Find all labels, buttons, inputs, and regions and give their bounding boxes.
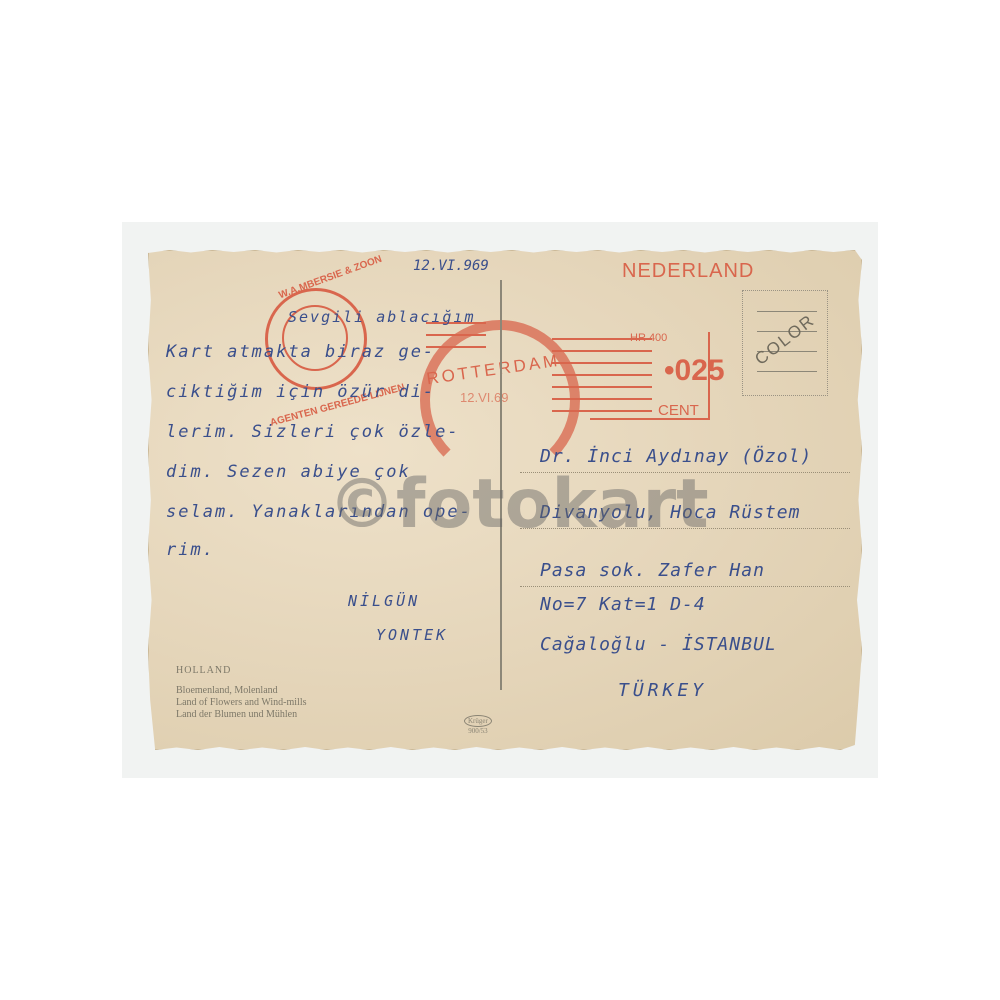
meter-stamp: NEDERLAND HR 400 •025 CENT (570, 272, 730, 420)
cancel-line (426, 334, 486, 336)
publisher-code: 900/53 (464, 727, 492, 735)
caption-line: Bloemenland, Molenland (176, 685, 278, 697)
message-line: Kart atmakta biraz ge- (166, 342, 435, 362)
caption-line: Land of Flowers and Wind-mills (176, 697, 307, 709)
message-line: rim. (166, 540, 215, 560)
company-seal (265, 288, 367, 390)
message-greeting: Sevgili ablacığım (288, 308, 476, 326)
signature-first: NİLGÜN (348, 592, 420, 610)
meter-line (552, 374, 652, 376)
meter-line (552, 410, 652, 412)
address-country: TÜRKEY (618, 680, 707, 701)
signature-last: YONTEK (376, 626, 448, 644)
publisher-logo: Krüger (464, 715, 492, 727)
message-line: ciktiğim için özür di- (166, 382, 435, 402)
publisher-mark: Krüger 900/53 (464, 715, 492, 735)
meter-country: NEDERLAND (622, 260, 754, 283)
meter-line (552, 350, 652, 352)
meter-line (552, 398, 652, 400)
meter-line (552, 362, 652, 364)
meter-line (552, 386, 652, 388)
address-line: Pasa sok. Zafer Han (540, 560, 765, 581)
message-line: lerim. Sizleri çok özle- (166, 422, 460, 442)
watermark: ©fotokart (328, 465, 709, 544)
stamp-line (757, 371, 817, 372)
postcard: 12.VI.969 W.A.MBERSIE & ZOON AGENTEN GER… (148, 250, 862, 750)
address-rule (520, 586, 850, 587)
caption-title: HOLLAND (176, 665, 231, 677)
address-line: Dr. İnci Aydınay (Özol) (540, 446, 812, 467)
meter-machine: HR 400 (630, 332, 667, 344)
address-line: No=7 Kat=1 D-4 (540, 594, 706, 615)
caption-line: Land der Blumen und Mühlen (176, 709, 297, 721)
address-line: Cağaloğlu - İSTANBUL (540, 634, 777, 655)
handwritten-date: 12.VI.969 (413, 258, 489, 274)
meter-unit: CENT (658, 402, 699, 419)
meter-value: •025 (664, 354, 725, 388)
